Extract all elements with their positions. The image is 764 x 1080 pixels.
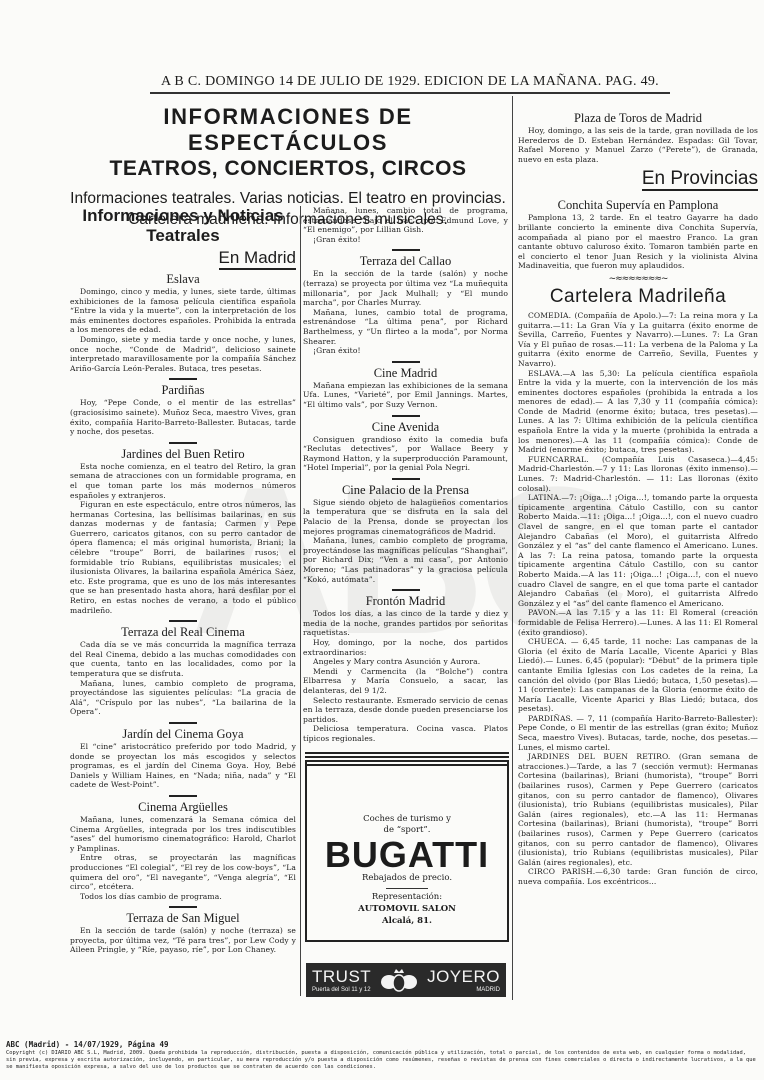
article-title: Frontón Madrid xyxy=(303,594,508,608)
article-title: Plaza de Toros de Madrid xyxy=(518,111,758,125)
article-terraza-callao: Terraza del Callao En la sección de la t… xyxy=(303,254,508,355)
page-citation: ABC (Madrid) - 14/07/1929, Página 49 xyxy=(6,1040,758,1049)
ad-line: Coches de turismo y xyxy=(307,814,507,825)
article-cine-avenida: Cine Avenida Consiguen grandioso éxito l… xyxy=(303,420,508,473)
listing-pardinas: PARDIÑAS. — 7, 11 (compañía Harito-Barre… xyxy=(518,714,758,752)
column-rule xyxy=(300,206,301,996)
article-palacio-prensa: Cine Palacio de la Prensa Sigue siendo o… xyxy=(303,483,508,584)
bugatti-advertisement: Coches de turismo y de “sport”. BUGATTI … xyxy=(305,762,509,942)
main-subtitle: TEATROS, CONCIERTOS, CIRCOS xyxy=(62,156,514,182)
article-paragraph: El “cine” aristocrático preferido por to… xyxy=(70,742,296,790)
article-title: Eslava xyxy=(70,272,296,286)
article-paragraph: Cada día se ve más concurrida la magnífi… xyxy=(70,640,296,678)
crown-crest-icon xyxy=(380,967,418,993)
article-paragraph: Angeles y Mary contra Asunción y Aurora. xyxy=(303,657,508,667)
article-paragraph: Esta noche comienza, en el teatro del Re… xyxy=(70,462,296,500)
column-1: Informaciones y Noticias Teatrales En Ma… xyxy=(70,206,296,955)
article-paragraph: Mendi y Carmencita (la “Bolche”) contra … xyxy=(303,667,508,696)
section-divider xyxy=(169,378,197,380)
ad-brand: BUGATTI xyxy=(307,837,507,873)
city-heading: En Madrid xyxy=(70,248,296,268)
article-paragraph: Mañana, lunes, comenzará la Semana cómic… xyxy=(70,815,296,853)
cartelera-heading: Cartelera Madrileña xyxy=(518,286,758,308)
article-paragraph: Pamplona 13, 2 tarde. En el teatro Gayar… xyxy=(518,213,758,271)
ornament-divider: ~≈≈≈≈≈≈≈~ xyxy=(518,274,758,284)
listing-latina: LATINA.—7: ¡Oiga...! ¡Oiga...!, tomando … xyxy=(518,493,758,608)
section-divider xyxy=(392,589,420,591)
article-paragraph: Domingo, siete y media tarde y once noch… xyxy=(70,335,296,373)
article-paragraph: Deliciosa temperatura. Cocina vasca. Pla… xyxy=(303,724,508,743)
article-cinema-arguelles: Cinema Argüelles Mañana, lunes, comenzar… xyxy=(70,800,296,901)
article-paragraph: ¡Gran éxito! xyxy=(303,346,508,356)
article-paragraph: Hoy, “Pepe Conde, o el mentir de las est… xyxy=(70,398,296,436)
article-title: Terraza de San Miguel xyxy=(70,911,296,925)
article-fronton-madrid: Frontón Madrid Todos los días, a las cin… xyxy=(303,594,508,743)
cartelera-listings: COMEDIA. (Compañía de Apolo.)—7: La rein… xyxy=(518,311,758,887)
article-san-miguel: Terraza de San Miguel En la sección de t… xyxy=(70,911,296,955)
ad-city: MADRID xyxy=(476,987,500,993)
archive-footer: ABC (Madrid) - 14/07/1929, Página 49 Cop… xyxy=(6,1040,758,1070)
section-divider xyxy=(169,442,197,444)
listing-fuencarral: FUENCARRAL. (Compañía Luis Casaseca.)—4,… xyxy=(518,455,758,493)
article-title: Cine Avenida xyxy=(303,420,508,434)
listing-pavon: PAVON.—A las 7.15 y a las 11: El Romeral… xyxy=(518,608,758,637)
article-paragraph: Sigue siendo objeto de halagüeños coment… xyxy=(303,498,508,536)
article-paragraph: Hoy, domingo, por la noche, dos partidos… xyxy=(303,638,508,657)
ad-address: Puerta del Sol 11 y 12 xyxy=(312,987,371,993)
article-paragraph: Mañana empiezan las exhibiciones de la s… xyxy=(303,381,508,410)
listing-chueca: CHUECA. — 6,45 tarde, 11 noche: Las camp… xyxy=(518,637,758,714)
section-divider xyxy=(392,415,420,417)
article-title: Cine Madrid xyxy=(303,366,508,380)
section-divider xyxy=(169,906,197,908)
ad-brand: JOYERO xyxy=(427,968,500,985)
article-paragraph: ¡Gran éxito! xyxy=(303,235,508,245)
article-pardinas: Pardiñas Hoy, “Pepe Conde, o el mentir d… xyxy=(70,383,296,436)
article-paragraph: Selecto restaurante. Esmerado servicio d… xyxy=(303,696,508,725)
article-paragraph: Todos los días cambio de programa. xyxy=(70,892,296,902)
ad-brand: TRUST xyxy=(312,968,371,985)
article-buen-retiro: Jardines del Buen Retiro Esta noche comi… xyxy=(70,447,296,616)
article-title: Terraza del Real Cinema xyxy=(70,625,296,639)
article-title: Pardiñas xyxy=(70,383,296,397)
article-real-cinema: Terraza del Real Cinema Cada día se ve m… xyxy=(70,625,296,717)
article-paragraph: Mañana, lunes, cambio completo de progra… xyxy=(70,679,296,717)
main-title: INFORMACIONES DE ESPECTÁCULOS xyxy=(62,104,514,156)
copyright-notice: Copyright (c) DIARIO ABC S.L, Madrid, 20… xyxy=(6,1050,758,1070)
article-title: Jardín del Cinema Goya xyxy=(70,727,296,741)
listing-eslava: ESLAVA.—A las 5,30: La película científi… xyxy=(518,369,758,455)
section-divider xyxy=(392,478,420,480)
listing-comedia: COMEDIA. (Compañía de Apolo.)—7: La rein… xyxy=(518,311,758,369)
article-conchita-supervia: Conchita Supervía en Pamplona Pamplona 1… xyxy=(518,198,758,271)
listing-buen-retiro: JARDINES DEL BUEN RETIRO. (Gran semana d… xyxy=(518,752,758,867)
article-paragraph: Hoy, domingo, a las seis de la tarde, gr… xyxy=(518,126,758,164)
ad-rep-label: Representación: xyxy=(307,892,507,903)
listing-circo-parish: CIRCO PARISH.—6,30 tarde: Gran función d… xyxy=(518,867,758,886)
article-paragraph: En la sección de la tarde (salón) y noch… xyxy=(303,269,508,307)
article-title: Conchita Supervía en Pamplona xyxy=(518,198,758,212)
column-rule xyxy=(512,96,513,1000)
section-divider xyxy=(169,722,197,724)
trust-joyero-advertisement: TRUST Puerta del Sol 11 y 12 JOYERO MADR… xyxy=(306,963,506,997)
article-paragraph: Mañana, lunes, cambio total de programa,… xyxy=(303,308,508,346)
article-paragraph: Todos los días, a las cinco de la tarde … xyxy=(303,609,508,638)
section-divider xyxy=(392,249,420,251)
article-title: Terraza del Callao xyxy=(303,254,508,268)
article-title: Jardines del Buen Retiro xyxy=(70,447,296,461)
newspaper-page: ABC A B C. DOMINGO 14 DE JULIO DE 1929. … xyxy=(0,0,764,1080)
article-paragraph: En la sección de tarde (salón) y noche (… xyxy=(70,926,296,955)
section-divider xyxy=(169,795,197,797)
provincias-heading: En Provincias xyxy=(518,168,758,190)
article-paragraph: Figuran en este espectáculo, entre otros… xyxy=(70,500,296,615)
ad-divider xyxy=(386,888,428,889)
article-paragraph: Consiguen grandioso éxito la comedia buf… xyxy=(303,435,508,473)
article-cinema-goya: Jardín del Cinema Goya El “cine” aristoc… xyxy=(70,727,296,790)
article-cine-madrid: Cine Madrid Mañana empiezan las exhibici… xyxy=(303,366,508,410)
article-title: Cine Palacio de la Prensa xyxy=(303,483,508,497)
masthead: A B C. DOMINGO 14 DE JULIO DE 1929. EDIC… xyxy=(150,74,670,94)
article-plaza-toros: Plaza de Toros de Madrid Hoy, domingo, a… xyxy=(518,111,758,164)
section-divider xyxy=(169,620,197,622)
article-eslava: Eslava Domingo, cinco y media, y lunes, … xyxy=(70,272,296,373)
column-heading: Informaciones y Noticias Teatrales xyxy=(70,206,296,246)
article-paragraph: Mañana, lunes, cambio completo de progra… xyxy=(303,536,508,584)
ad-address: Alcalá, 81. xyxy=(307,915,507,927)
article-paragraph: Entre otras, se proyectarán las magnífic… xyxy=(70,853,296,891)
column-2: Mañana, lunes, cambio total de programa,… xyxy=(303,206,508,744)
column-3: Plaza de Toros de Madrid Hoy, domingo, a… xyxy=(518,108,758,887)
article-title: Cinema Argüelles xyxy=(70,800,296,814)
article-paragraph: Mañana, lunes, cambio total de programa,… xyxy=(303,206,508,235)
section-divider xyxy=(392,361,420,363)
ad-rep-name: AUTOMOVIL SALON xyxy=(307,903,507,915)
article-paragraph: Domingo, cinco y media, y lunes, siete t… xyxy=(70,287,296,335)
